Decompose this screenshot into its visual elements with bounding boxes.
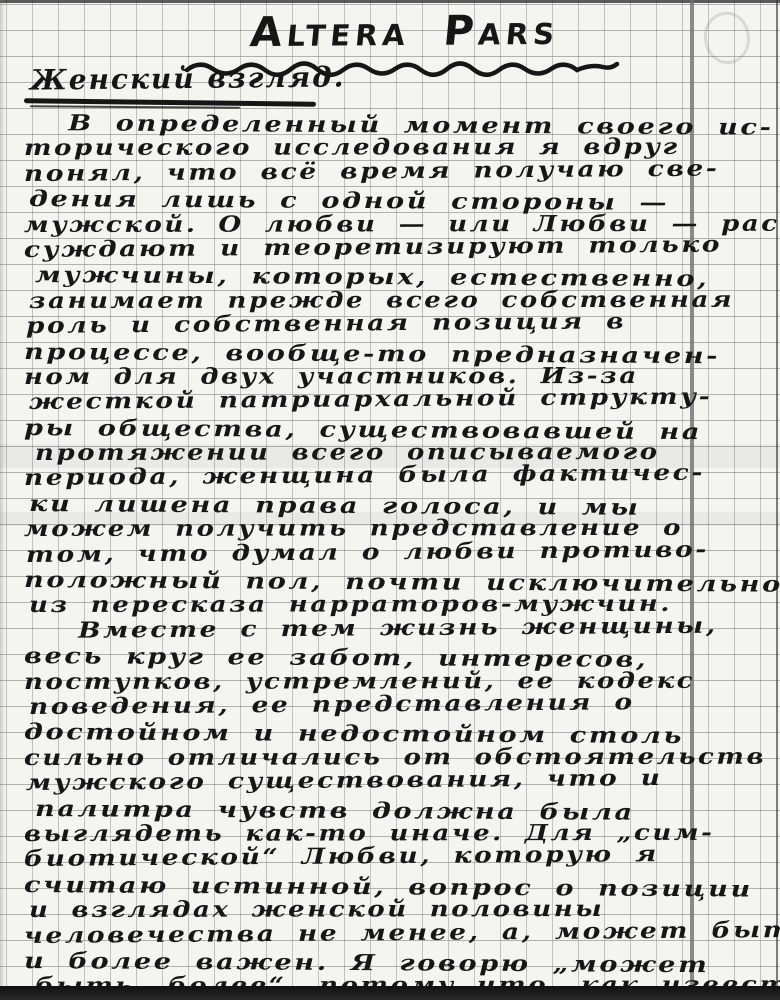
heading-underline-stroke [30, 105, 240, 108]
handwritten-line: биотической“ Любви, которую я [24, 840, 780, 872]
handwritten-line: периода, женщина была фактичес- [24, 459, 780, 491]
handwritten-line: роль и собственная позиция в [26, 307, 780, 339]
page-title: Altera Pars [173, 6, 638, 55]
scan-edge-top [0, 0, 780, 3]
manuscript-page: Altera Pars Женский взгляд. В определенн… [0, 0, 780, 1000]
paper-smudge [698, 7, 755, 69]
handwritten-line: человечества не менее, а, может быть, [24, 917, 780, 949]
scan-edge-bottom [0, 986, 780, 1000]
handwritten-line: понял, что всё время получаю све- [24, 155, 780, 187]
scan-edge-left [0, 0, 5, 1000]
section-heading: Женский взгляд. [30, 60, 346, 97]
handwritten-line: мужского существования, что и [26, 764, 780, 796]
handwritten-line: Вместе с тем жизнь женщины, [35, 612, 780, 644]
handwritten-line: том, что думал о любви противо- [26, 536, 780, 568]
handwritten-line: поведения, ее представления о [29, 688, 780, 720]
handwritten-line: суждают и теоретизируют только [24, 231, 780, 263]
manuscript-text: В определенный момент своего ис- торичес… [24, 111, 764, 1000]
handwritten-line: жесткой патриархальной структу- [29, 383, 780, 415]
title-block: Altera Pars [175, 8, 635, 54]
